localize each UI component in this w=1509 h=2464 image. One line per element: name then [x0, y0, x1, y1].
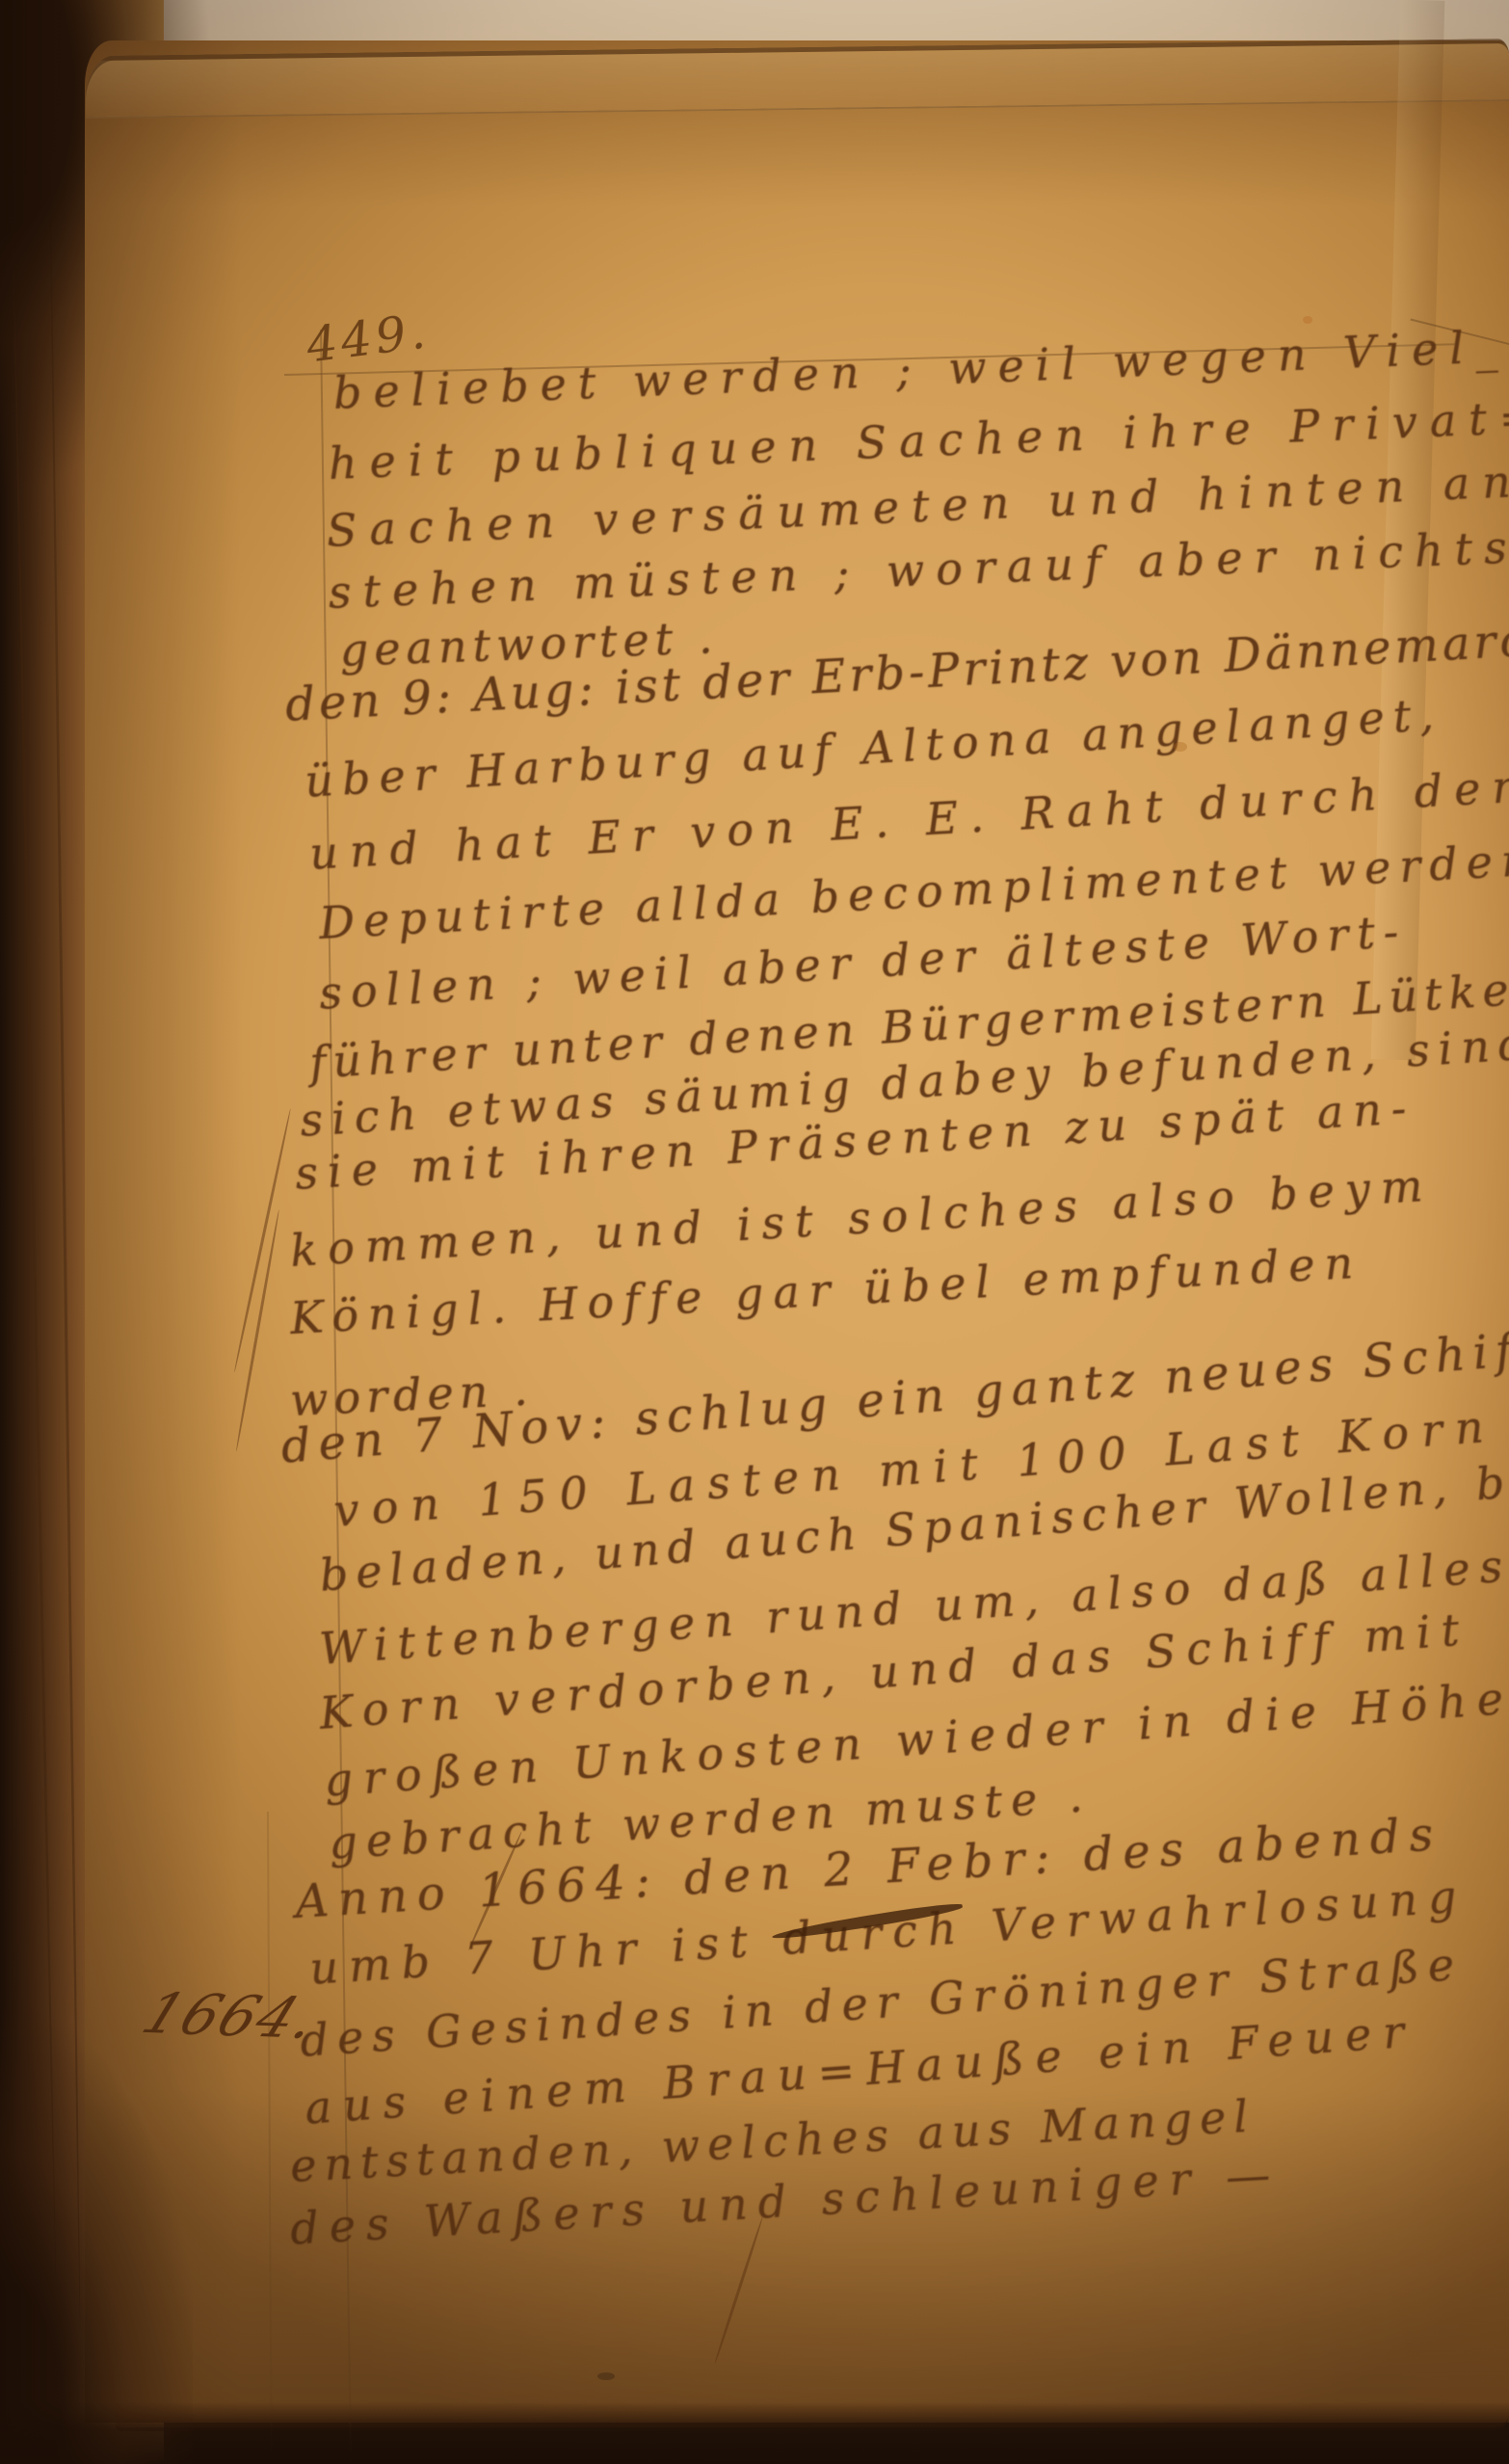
table-shadow-bottom — [0, 2402, 1509, 2464]
binding-shadow-bottom — [0, 1963, 193, 2464]
manuscript-photo: 449. 1664. beliebet werden ; weil wegen … — [0, 0, 1509, 2464]
